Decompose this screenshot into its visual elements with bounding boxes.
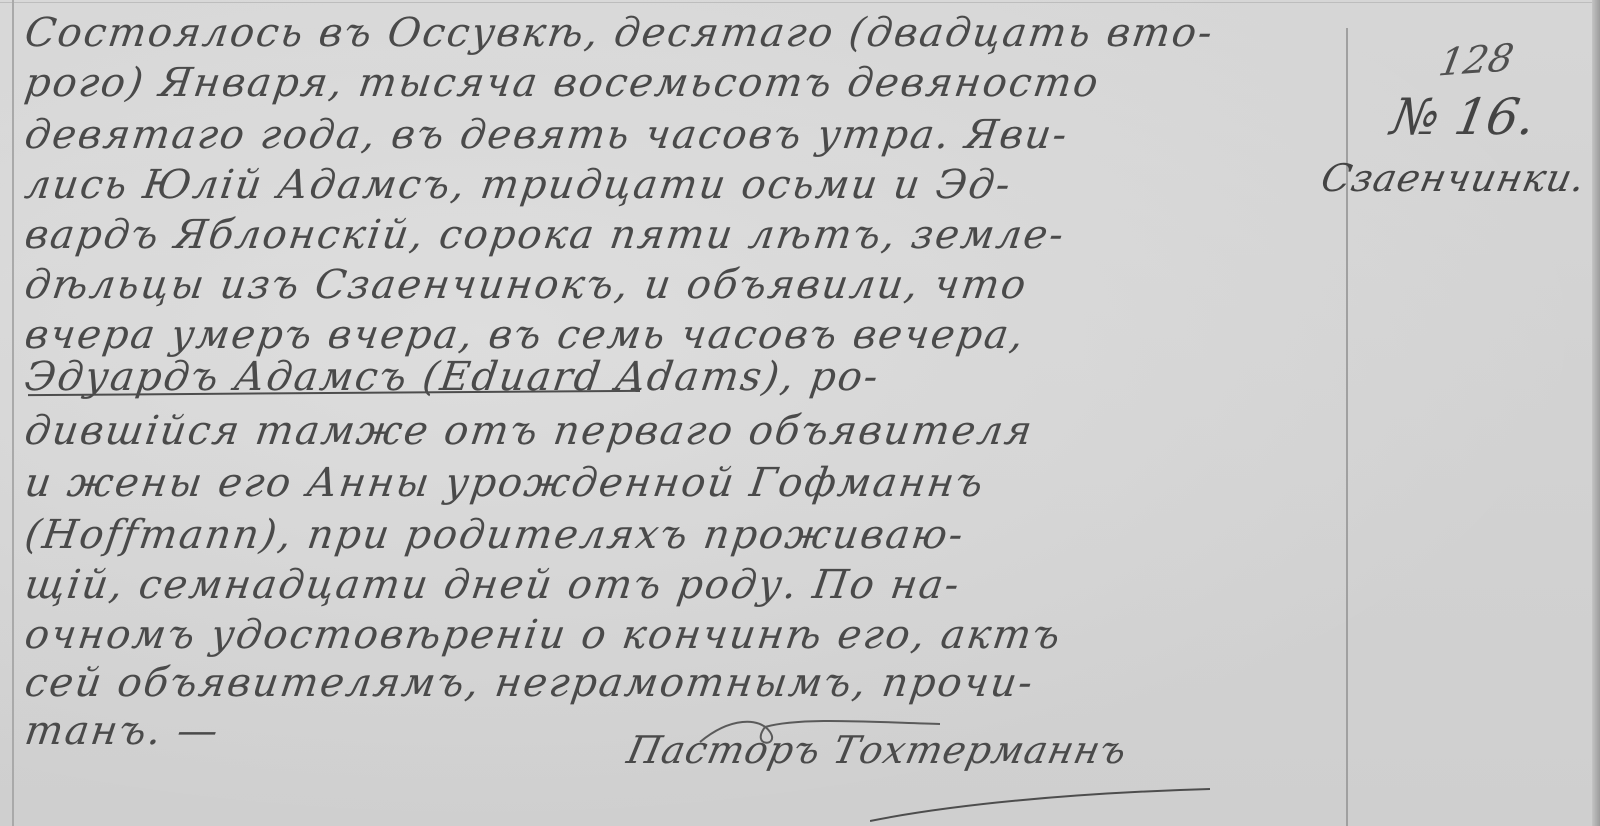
signature-underline-flourish [870,785,1210,825]
body-line-5: вардъ Яблонскій, сорока пяти лѣтъ, земле… [22,212,1068,258]
body-line-3: девятаго года, въ девять часовъ утра. Яв… [22,112,1072,158]
village-name: Сзаенчинки. [1317,156,1590,200]
body-line-10: и жены его Анны урожденной Гофманнъ [22,460,988,506]
body-line-6: дѣльцы изъ Сзаенчинокъ, и объявили, что [22,262,1031,308]
body-line-15: танъ. — [22,708,223,754]
column-divider-rule [1346,28,1348,826]
body-line-4: лись Юлій Адамсъ, тридцати осьми и Эд- [22,162,1015,208]
body-line-13: очномъ удостовѣреніи о кончинѣ его, актъ [22,612,1065,658]
top-rule-line [0,2,1600,3]
page-edge-shadow [1592,0,1600,826]
body-line-2: рого) Января, тысяча восемьсотъ девяност… [22,60,1103,106]
scanned-register-page: Состоялось въ Оссувкѣ, десятаго (двадцат… [0,0,1600,826]
body-line-11: (Hoffmann), при родителяхъ проживаю- [22,512,968,558]
body-line-7: вчера умеръ вчера, въ семь часовъ вечера… [22,312,1028,358]
body-line-14: сей объявителямъ, неграмотнымъ, прочи- [22,660,1037,706]
body-line-1: Состоялось въ Оссувкѣ, десятаго (двадцат… [22,10,1217,56]
left-margin-rule [12,0,14,826]
page-number: 128 [1436,36,1517,85]
body-line-12: щій, семнадцати дней отъ роду. По на- [22,562,964,608]
record-number: № 16. [1387,88,1540,146]
pastor-signature: Пасторъ Тохтерманнъ [623,728,1131,772]
body-line-9: дившійся тамже отъ перваго объявителя [22,408,1037,454]
